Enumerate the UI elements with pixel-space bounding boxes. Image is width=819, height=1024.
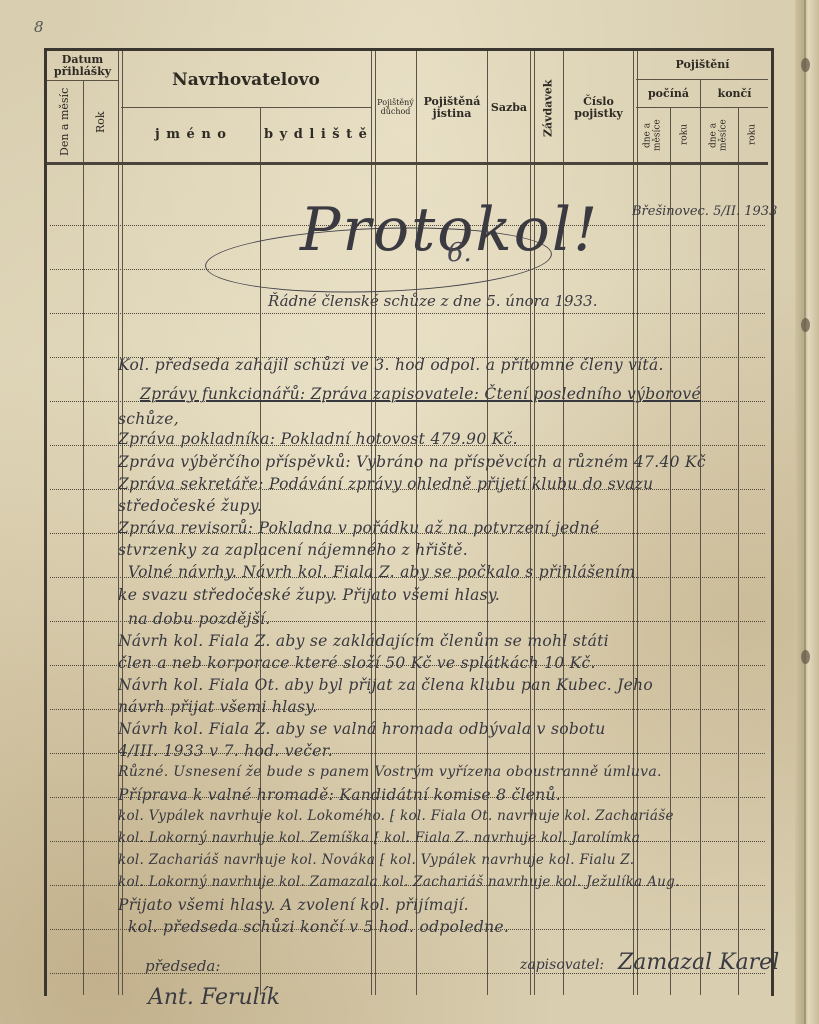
secretary-label: zapisovatel: — [520, 957, 604, 973]
minutes-line: Návrh kol. Fiala Ot. aby byl přijat za č… — [118, 676, 653, 694]
minutes-line: člen a neb korporace které složí 50 Kč v… — [118, 654, 596, 672]
minutes-line: 4/III. 1933 v 7. hod. večer. — [118, 742, 333, 760]
chairman-label: předseda: — [145, 957, 220, 975]
header-pocina-dne-a-mesice: dne a měsíce — [637, 110, 670, 160]
header-zavdavek: Závdavek — [534, 56, 563, 160]
minutes-line: Zpráva revisorů: Pokladna v pořádku až n… — [118, 519, 600, 537]
minutes-line: Kol. předseda zahájil schůzi ve 3. hod o… — [118, 356, 664, 374]
header-konci: končí — [701, 81, 768, 107]
header-konci-dne-a-mesice: dne a měsíce — [701, 110, 738, 160]
header-bottom-rule — [47, 162, 768, 165]
header-datum-prihlasky: Datum přihlášky — [47, 52, 118, 80]
minutes-line: Přijato všemi hlasy. A zvolení kol. přij… — [118, 896, 469, 914]
minutes-line: Návrh kol. Fiala Z. aby se valná hromada… — [118, 720, 606, 738]
header-pojisteny-duchod: Pojištěný důchod — [375, 56, 416, 160]
header-pocina: počíná — [637, 81, 700, 107]
place-and-date: Břešinovec. 5/II. 1933 — [632, 204, 777, 219]
header-pocina-roku: roku — [671, 110, 700, 160]
header-rule — [47, 80, 118, 81]
protocol-number: 6. — [447, 238, 472, 268]
secretary-signature: Zamazal Karel — [618, 950, 779, 975]
minutes-line: středočeské župy. — [118, 497, 262, 515]
minutes-line: Zprávy funkcionářů: Zpráva zapisovatele:… — [140, 385, 701, 403]
header-pojisteni: Pojištění — [637, 52, 768, 79]
header-konci-roku: roku — [739, 110, 768, 160]
header-den-a-mesic: Den a měsíc — [50, 84, 80, 160]
minutes-line: ke svazu středočeské župy. Přijato všemi… — [118, 586, 500, 604]
minutes-line: kol. Zachariáš navrhuje kol. Nováka ⁅ ko… — [118, 852, 634, 868]
minutes-line: schůze, — [118, 410, 179, 428]
header-rule — [121, 107, 371, 108]
header-pojistena-jistina: Pojištěná jistina — [417, 56, 487, 160]
page-number: 8 — [34, 18, 44, 36]
binding-stitch — [801, 58, 810, 72]
minutes-line: Příprava k valné hromadě: Kandidátní kom… — [118, 786, 561, 804]
minutes-line: návrh přijat všemi hlasy. — [118, 698, 318, 716]
book-binding-gutter — [795, 0, 819, 1024]
header-rok: Rok — [86, 84, 116, 160]
minutes-line: Zpráva výběrčího příspěvků: Vybráno na p… — [118, 453, 706, 471]
header-rule — [636, 107, 768, 108]
minutes-line: kol. předseda schůzi končí v 5 hod. odpo… — [128, 918, 509, 936]
binding-stitch — [801, 318, 810, 332]
header-rule — [636, 79, 768, 80]
minutes-line: stvrzenky za zaplacení nájemného z hřišt… — [118, 541, 468, 559]
header-cislo-pojistky: Číslo pojistky — [564, 56, 633, 160]
minutes-line: kol. Vypálek navrhuje kol. Lokomého. ⁅ k… — [118, 808, 674, 824]
header-navrhovatelovo: Navrhovatelovo — [122, 56, 370, 104]
minutes-line: Zpráva pokladníka: Pokladní hotovost 479… — [118, 430, 518, 448]
column-rule — [83, 80, 84, 995]
header-bydliste: b y d l i š t ě — [261, 110, 371, 160]
minutes-line: Volné návrhy. Návrh kol. Fiala Z. aby se… — [128, 563, 635, 581]
header-jmeno: j m é n o — [122, 110, 260, 160]
ruled-line — [50, 313, 765, 314]
column-rule — [738, 108, 739, 995]
column-rule — [670, 108, 671, 995]
minutes-line: kol. Lokorný navrhuje kol. Zemíška ⁅ kol… — [118, 830, 640, 846]
minutes-line: na dobu pozdější. — [128, 610, 271, 628]
chairman-signature: Ant. Ferulík — [148, 985, 280, 1010]
header-sazba: Sazba — [488, 56, 530, 160]
minutes-line: Různé. Usnesení že bude s panem Vostrým … — [118, 764, 662, 780]
minutes-line: kol. Lokorný navrhuje kol. Zamazala kol.… — [118, 874, 680, 890]
minutes-line: Zpráva sekretáře: Podávání zprávy ohledn… — [118, 475, 653, 493]
meeting-subtitle: Řádné členské schůze z dne 5. února 1933… — [268, 292, 597, 310]
binding-stitch — [801, 650, 810, 664]
minutes-line: Návrh kol. Fiala Z. aby se zakládajícím … — [118, 632, 609, 650]
